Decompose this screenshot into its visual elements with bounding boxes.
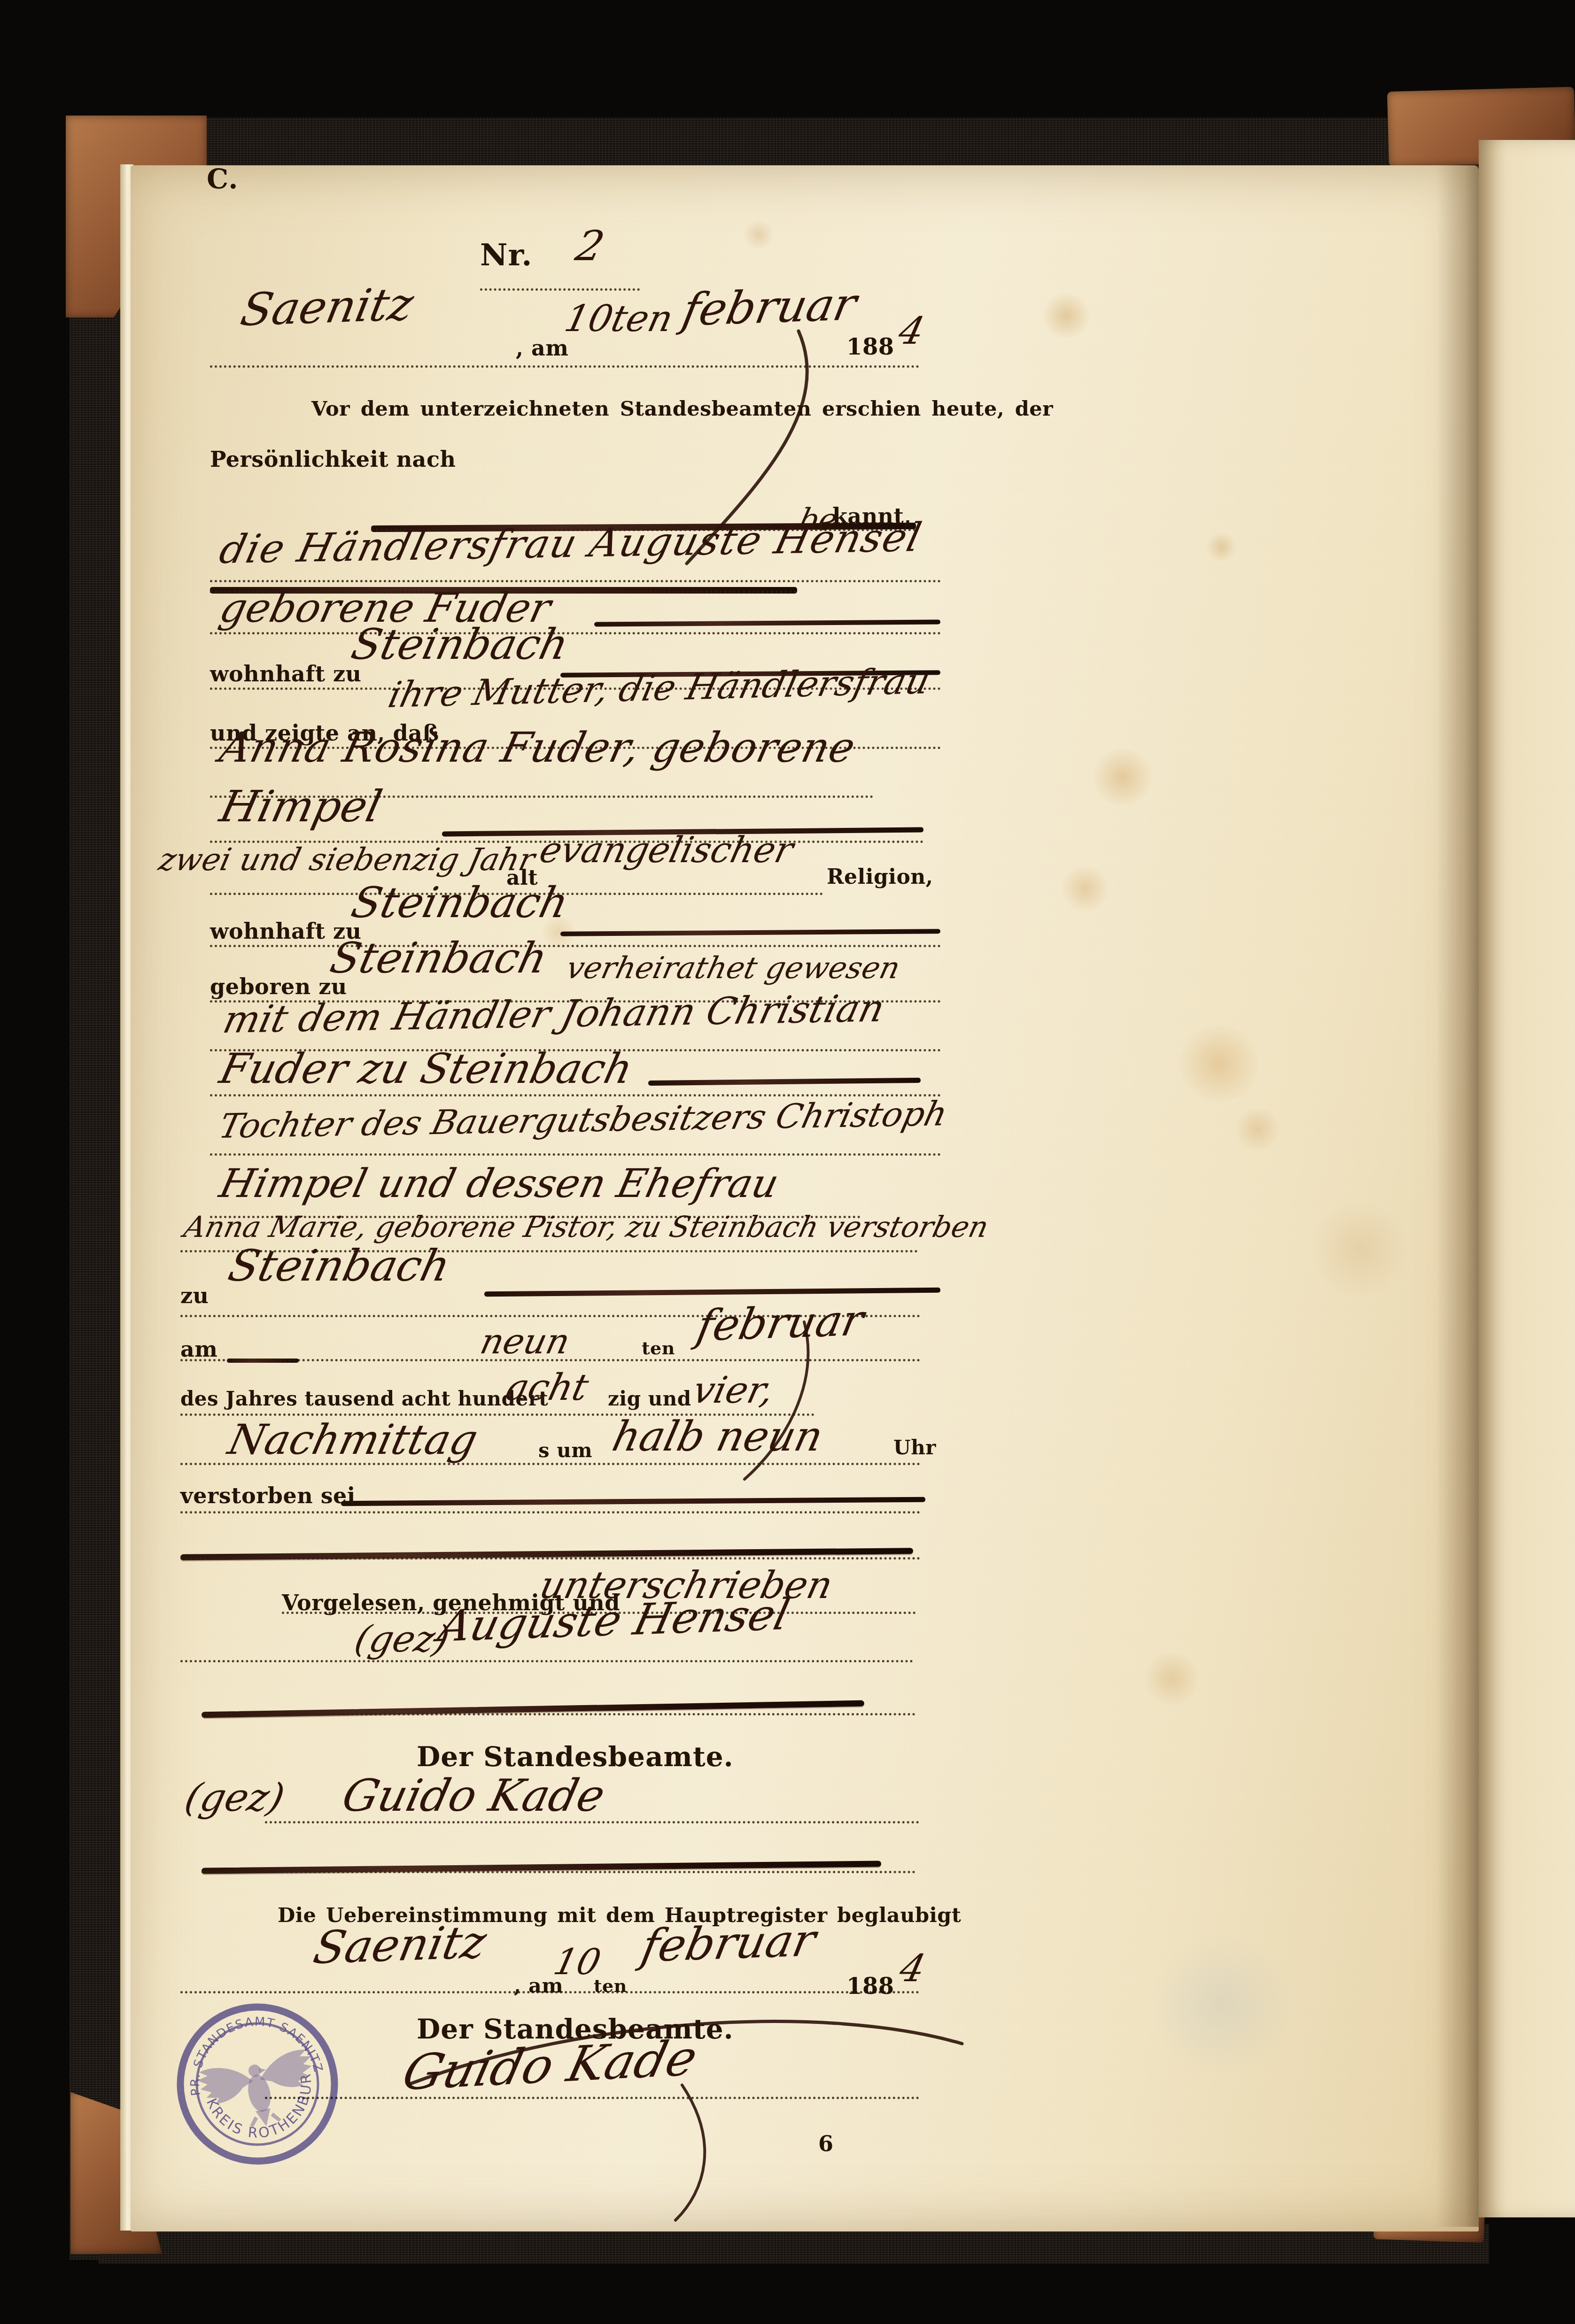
dateline-am-label: , am <box>516 337 569 359</box>
certification-day: 10 <box>551 1944 604 1980</box>
dateline-place: Saenitz <box>237 281 417 332</box>
dotted-rule <box>210 1153 941 1156</box>
death-year-ones: vier, <box>690 1372 777 1409</box>
death-year-label: des Jahres tausend acht hundert <box>180 1389 548 1409</box>
age-script: zwei und siebenzig Jahr <box>156 844 538 875</box>
death-uhr-label: Uhr <box>893 1438 936 1458</box>
photographed-register-page: { "page": { "corner_letter": "C.", "page… <box>0 0 1575 2324</box>
death-closing-label: verstorben sei <box>180 1485 356 1506</box>
dateline-day: 10ten <box>561 301 676 337</box>
dotted-rule <box>210 945 941 947</box>
registrar-title-1: Der Standesbeamte. <box>417 1743 734 1770</box>
record-number-label: Nr. <box>480 240 533 270</box>
dateline-month: februar <box>679 281 860 332</box>
certification-year-printed: 188 <box>846 1975 894 1998</box>
certification-ten-label: ten <box>594 1977 627 1995</box>
death-time-script1: Nachmittag <box>225 1419 481 1460</box>
dotted-rule <box>180 1511 920 1513</box>
born-place: Steinbach <box>326 937 551 980</box>
marital-script: verheirathet gewesen <box>564 953 903 983</box>
dotted-rule <box>210 365 919 368</box>
death-time-script2: halb neun <box>609 1416 827 1457</box>
death-am-label: am <box>180 1338 217 1360</box>
facing-page-sliver <box>1479 140 1575 2217</box>
religion-label: Religion, <box>827 867 933 888</box>
dotted-rule <box>210 580 941 582</box>
dotted-rule <box>202 1713 916 1715</box>
dotted-rule <box>180 1557 920 1560</box>
page-number: 6 <box>818 2133 834 2154</box>
appearer-line1: die Händlersfrau Auguste Hensel <box>216 517 926 569</box>
signature-guido-kade: Guido Kade <box>398 2033 702 2097</box>
spouse-line1: mit dem Händler Johann Christian <box>220 990 888 1039</box>
residence-value-2: Steinbach <box>348 882 572 924</box>
certification-month: februar <box>638 1917 819 1969</box>
certification-place: Saenitz <box>310 1919 490 1970</box>
identity-label: Persönlichkeit nach <box>210 448 456 470</box>
religion-script: evangelischer <box>536 832 797 868</box>
death-day: neun <box>477 1324 573 1359</box>
gez-mark-2: (gez) <box>181 1779 288 1817</box>
stamp-graphic: K. PR. STANDESAMT SAENITZ ✳ ✳ KREIS ROTH… <box>159 1986 355 2182</box>
dotted-rule <box>265 2097 919 2099</box>
dotted-rule <box>180 1660 913 1662</box>
residence-label-1: wohnhaft zu <box>210 663 362 685</box>
death-zu-label: zu <box>180 1285 209 1306</box>
death-year-tens: acht <box>503 1369 592 1406</box>
death-month: februar <box>693 1299 867 1348</box>
page-gutter-shadow <box>1436 165 1479 2227</box>
dotted-rule <box>202 1871 916 1873</box>
book-cover-top-strip <box>66 117 1575 171</box>
official-stamp: K. PR. STANDESAMT SAENITZ ✳ ✳ KREIS ROTH… <box>159 1986 355 2182</box>
deceased-name-line2: Himpel <box>216 785 386 828</box>
dotted-rule <box>480 288 640 291</box>
parents-line3: Anna Marie, geborene Pistor, zu Steinbac… <box>181 1212 991 1242</box>
spouse-line2: Fuder zu Steinbach <box>216 1048 636 1089</box>
dotted-rule <box>210 632 941 634</box>
death-time-label1: s um <box>538 1441 592 1460</box>
death-place: Steinbach <box>225 1244 454 1288</box>
residence-value-1: Steinbach <box>348 624 572 666</box>
death-zig-label: zig und <box>608 1389 691 1409</box>
signature-auguste-hensel: Auguste Hensel <box>434 1593 794 1648</box>
parents-line2: Himpel und dessen Ehefrau <box>216 1164 783 1203</box>
intro-line1: Vor dem unterzeichneten Standesbeamten e… <box>311 399 1053 419</box>
signature-guido-kade-gez: Guido Kade <box>338 1774 609 1818</box>
death-ten-label: ten <box>642 1339 675 1357</box>
form-letter: C. <box>207 165 238 193</box>
dateline-year-printed: 188 <box>846 336 894 358</box>
deceased-name-line1: Anna Rosina Fuder, geborene <box>216 727 859 768</box>
